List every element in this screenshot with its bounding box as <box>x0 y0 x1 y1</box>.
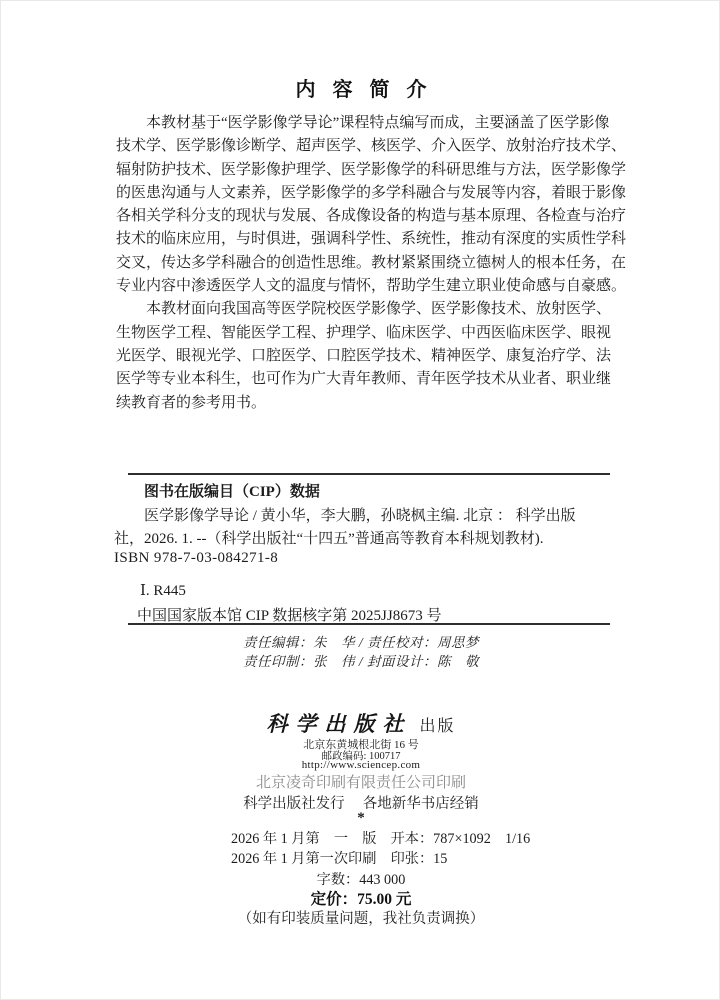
intro-line: 生物医学工程、智能医学工程、护理学、临床医学、中西医临床医学、眼视 <box>116 322 622 345</box>
quality-note-line: （如有印装质量问题，我社负责调换） <box>1 907 720 928</box>
cip-line: 社，2026. 1. --（科学出版社“十四五”普通高等教育本科规划教材). <box>114 527 544 548</box>
cip-isbn: ISBN 978-7-03-084271-8 <box>114 550 278 567</box>
printer-line: 北京凌奇印刷有限责任公司印刷 <box>1 771 720 792</box>
intro-line: 技术学、医学影像诊断学、超声医学、核医学、介入医学、放射治疗技术学、 <box>116 135 622 158</box>
intro-line: 的医患沟通与人文素养，医学影像学的多学科融合与发展等内容，着眼于影像 <box>116 182 622 205</box>
asterisk-divider: * <box>1 810 720 827</box>
cip-heading: 图书在版编目（CIP）数据 <box>144 480 320 501</box>
page-title-text: 内容简介 <box>296 79 444 101</box>
intro-line: 本教材基于“医学影像学导论”课程特点编写而成，主要涵盖了医学影像 <box>116 112 622 135</box>
cip-line: 医学影像学导论 / 黄小华，李大鹏，孙晓枫主编. 北京 ： 科学出版 <box>144 504 576 525</box>
intro-paragraph-1: 本教材基于“医学影像学导论”课程特点编写而成，主要涵盖了医学影像 技术学、医学影… <box>116 112 622 298</box>
intro-line: 续教育者的参考用书。 <box>116 392 622 415</box>
publish-label: 出版 <box>419 718 455 735</box>
publisher-website: http://www.sciencep.com <box>1 759 720 771</box>
intro-line: 光医学、眼视光学、口腔医学、口腔医学技术、精神医学、康复治疗学、法 <box>116 345 622 368</box>
cip-bottom-rule <box>128 623 610 625</box>
intro-line: 本教材面向我国高等医学院校医学影像学、医学影像技术、放射医学、 <box>116 298 622 321</box>
publisher-line: 科学出版社 出版 <box>1 708 720 738</box>
print-run-block: 2026 年 1 月第 一 版 开本：787×1092 1/16 2026 年 … <box>231 830 530 870</box>
staff-print-design-line: 责任印制：张 伟 / 封面设计：陈 敬 <box>1 650 720 670</box>
content-summary: 本教材基于“医学影像学导论”课程特点编写而成，主要涵盖了医学影像 技术学、医学影… <box>116 112 622 415</box>
cip-top-rule <box>128 473 610 475</box>
intro-line: 医学等专业本科生，也可作为广大青年教师、青年医学技术从业者、职业继 <box>116 368 622 391</box>
book-copyright-page: 内容简介 本教材基于“医学影像学导论”课程特点编写而成，主要涵盖了医学影像 技术… <box>0 0 720 1000</box>
publisher-logo: 科学出版社 <box>266 712 411 736</box>
staff-editors-line: 责任编辑：朱 华 / 责任校对：周思梦 <box>1 631 720 651</box>
intro-line: 辐射防护技术、医学影像护理学、医学影像学的科研思维与方法，医学影像学 <box>116 159 622 182</box>
cip-classification: Ⅰ. R445 <box>140 581 186 600</box>
intro-line: 各相关学科分支的现状与发展、各成像设备的构造与基本原理、各检查与治疗 <box>116 205 622 228</box>
intro-line: 技术的临床应用，与时俱进，强调科学性、系统性，推动有深度的实质性学科 <box>116 228 622 251</box>
impression-line: 2026 年 1 月第一次印刷 印张：15 <box>231 850 530 870</box>
cip-record-number: 中国国家版本馆 CIP 数据核字第 2025JJ8673 号 <box>137 604 441 625</box>
word-count-line: 字数：443 000 <box>1 869 720 889</box>
intro-paragraph-2: 本教材面向我国高等医学院校医学影像学、医学影像技术、放射医学、 生物医学工程、智… <box>116 298 622 414</box>
page-title: 内容简介 <box>1 73 720 102</box>
intro-line: 交叉，传达多学科融合的创造性思维。教材紧紧围绕立德树人的根本任务，在 <box>116 252 622 275</box>
price-line: 定价：75.00 元 <box>1 887 720 909</box>
intro-line: 专业内容中渗透医学人文的温度与情怀，帮助学生建立职业使命感与自豪感。 <box>116 275 622 298</box>
edition-line: 2026 年 1 月第 一 版 开本：787×1092 1/16 <box>231 830 530 850</box>
